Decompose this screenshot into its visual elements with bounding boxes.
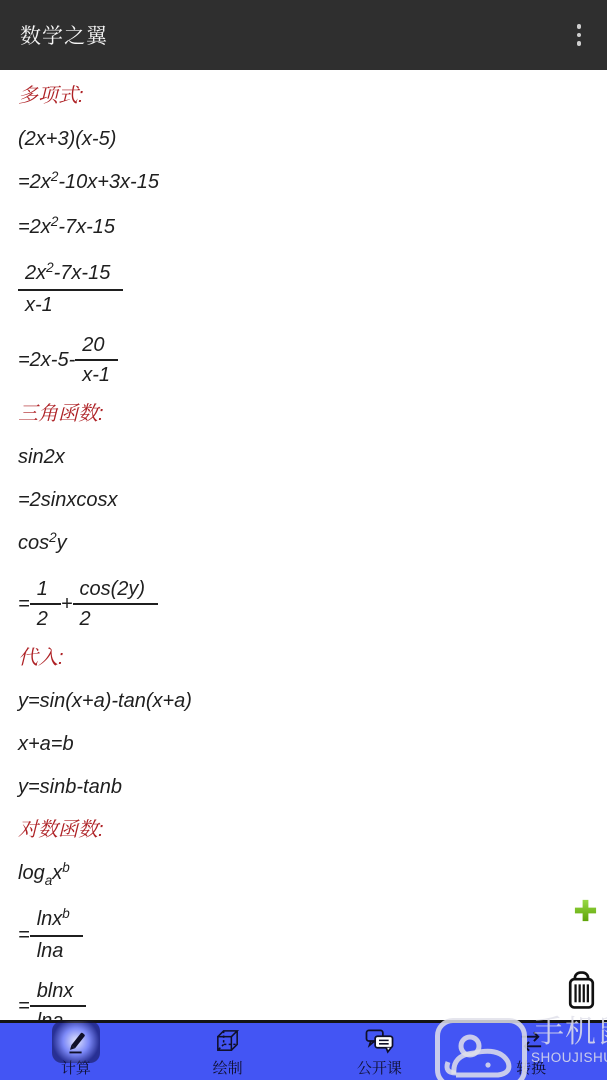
exponent: 2 — [46, 260, 54, 275]
fraction: 2x2-7x-15 x-1 — [18, 261, 123, 317]
math-text: log — [18, 862, 45, 884]
math-line-poly-result[interactable]: =2x-5- 20 x-1 — [18, 333, 589, 387]
fraction: 20 x-1 — [75, 333, 117, 387]
tab-calculate[interactable]: 计算 — [0, 1023, 152, 1080]
math-line-trig-expr[interactable]: sin2x — [18, 446, 589, 468]
math-line-subst-result[interactable]: y=sinb-tanb — [18, 776, 589, 798]
subscript: a — [45, 873, 53, 888]
math-line-poly-step2[interactable]: =2x2-7x-15 — [18, 216, 589, 240]
overflow-menu-icon[interactable] — [571, 16, 588, 54]
tab-label: 绘制 — [213, 1060, 243, 1077]
fraction-numerator: lnxb — [30, 907, 83, 937]
tab-open-class[interactable]: 公开课 — [304, 1023, 456, 1080]
app-screen: 数学之翼 多项式: (2x+3)(x-5) =2x2-10x+3x-15 =2x… — [0, 0, 607, 1080]
pencil-icon — [62, 1028, 90, 1056]
section-heading-polynomial[interactable]: 多项式: — [18, 85, 589, 107]
math-text: -10x+3x-15 — [58, 171, 159, 193]
section-heading-logarithm[interactable]: 对数函数: — [18, 819, 589, 841]
fraction-numerator: 2x2-7x-15 — [18, 261, 123, 291]
fraction: 1 2 — [30, 577, 61, 631]
math-text: = — [18, 995, 30, 1017]
math-line-poly-expand[interactable]: (2x+3)(x-5) — [18, 128, 589, 150]
delete-button[interactable] — [563, 970, 600, 1016]
fraction-numerator: 20 — [75, 333, 117, 361]
math-line-log-step1[interactable]: = lnxb lna — [18, 907, 589, 963]
math-text: + — [61, 593, 73, 615]
tab-label: 转换 — [516, 1060, 546, 1077]
app-bar: 数学之翼 — [0, 0, 607, 70]
section-heading-substitution[interactable]: 代入: — [18, 647, 589, 669]
math-line-subst-def[interactable]: x+a=b — [18, 733, 589, 755]
chat-bubbles-icon — [364, 1028, 395, 1055]
plus-icon — [573, 898, 598, 923]
fraction-numerator: 1 — [30, 577, 61, 605]
tab-convert[interactable]: 转换 — [455, 1023, 607, 1080]
exponent: 2 — [51, 214, 59, 229]
math-text: =2x-5- — [18, 349, 75, 371]
exponent: 2 — [49, 530, 57, 545]
section-heading-trig[interactable]: 三角函数: — [18, 403, 589, 425]
app-title: 数学之翼 — [20, 20, 108, 50]
add-button[interactable] — [573, 898, 598, 928]
math-line-poly-fraction[interactable]: 2x2-7x-15 x-1 — [18, 261, 589, 317]
math-line-trig-step2[interactable]: = 1 2 + cos(2y) 2 — [18, 577, 589, 631]
math-text: -7x-15 — [58, 216, 115, 238]
swap-icon — [517, 1029, 546, 1054]
math-line-log-step2[interactable]: = blnx lna — [18, 979, 589, 1023]
math-line-poly-step1[interactable]: =2x2-10x+3x-15 — [18, 171, 589, 195]
math-text: =2x — [18, 216, 51, 238]
fraction-denominator: 2 — [30, 605, 61, 631]
fraction-numerator: cos(2y) — [73, 577, 159, 605]
fraction-denominator: x-1 — [75, 361, 117, 387]
trash-icon — [563, 970, 600, 1011]
math-line-subst-expr[interactable]: y=sin(x+a)-tan(x+a) — [18, 690, 589, 712]
fraction-numerator: blnx — [30, 979, 87, 1007]
math-text: x — [52, 862, 62, 884]
fraction-denominator: x-1 — [18, 291, 123, 317]
tab-label: 公开课 — [357, 1060, 402, 1077]
tab-draw[interactable]: 绘制 — [152, 1023, 304, 1080]
math-text: y — [57, 532, 67, 554]
fraction-denominator: 2 — [73, 605, 159, 631]
fraction: lnxb lna — [30, 907, 83, 963]
cube-icon — [213, 1027, 242, 1056]
math-line-trig-step1[interactable]: =2sinxcosx — [18, 489, 589, 511]
math-text: = — [18, 593, 30, 615]
bottom-nav: 计算 绘制 公开课 — [0, 1020, 607, 1080]
fraction: cos(2y) 2 — [73, 577, 159, 631]
math-line-log-expr[interactable]: logaxb — [18, 862, 589, 886]
math-text: = — [18, 924, 30, 946]
fraction-denominator: lna — [30, 937, 83, 963]
exponent: b — [62, 906, 70, 921]
math-text: cos — [18, 532, 49, 554]
exponent: b — [62, 860, 70, 875]
exponent: 2 — [51, 169, 59, 184]
math-line-trig-expr2[interactable]: cos2y — [18, 532, 589, 556]
fraction: blnx lna — [30, 979, 87, 1023]
math-text: =2x — [18, 171, 51, 193]
math-worksheet: 多项式: (2x+3)(x-5) =2x2-10x+3x-15 =2x2-7x-… — [0, 70, 607, 1023]
